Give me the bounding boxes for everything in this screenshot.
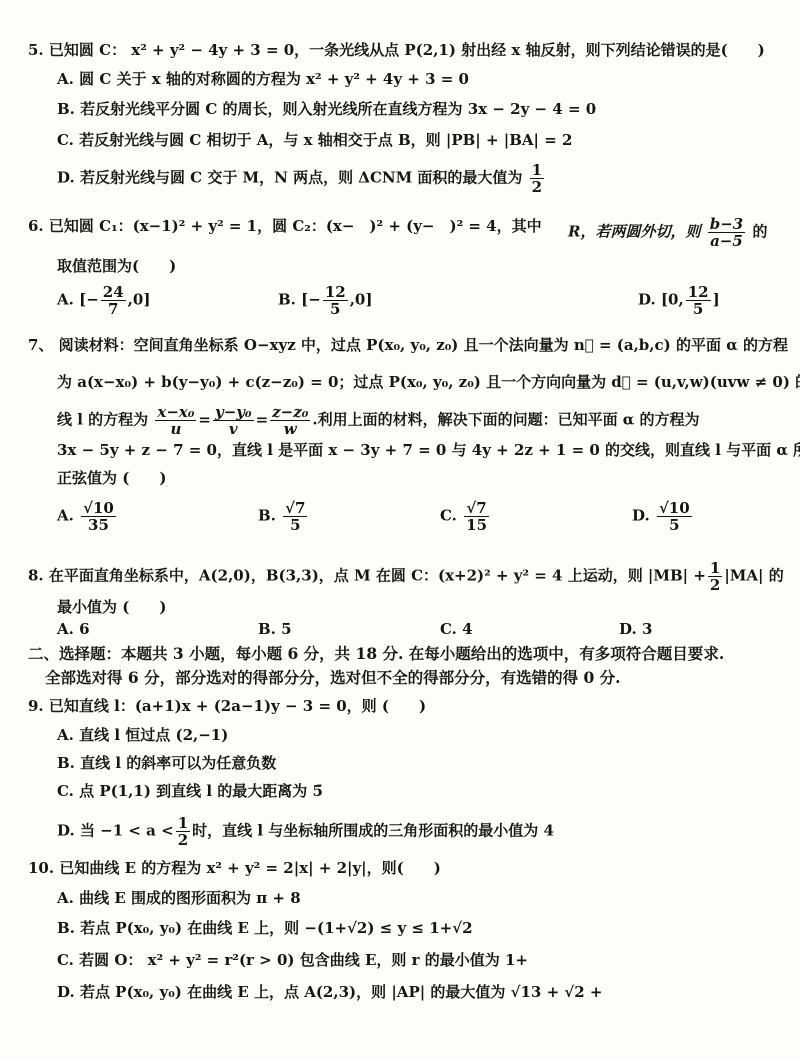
fraction: 12: [176, 815, 190, 848]
question-7-line3: 线 l 的方程为 x−x₀u=y−y₀v=z−z₀w.利用上面的材料，解决下面的…: [57, 404, 700, 437]
option-text: 若反射光线平分圆 C 的周长，则入射光线所在直线方程为 3x − 2y − 4 …: [80, 100, 596, 118]
fraction: y−y₀v: [213, 404, 254, 437]
question-text: 阅读材料：空间直角坐标系 O−xyz 中，过点 P(x₀, y₀, z₀) 且一…: [59, 336, 788, 354]
option-label: C.: [440, 620, 457, 638]
question-number: 5.: [28, 41, 44, 59]
section-2-heading: 二、选择题：本题共 3 小题，每小题 6 分，共 18 分. 在每小题给出的选项…: [28, 644, 724, 664]
denominator: 5: [283, 517, 307, 533]
question-8-stem-line2: 最小值为 ( ): [57, 597, 166, 617]
fraction: 125: [686, 284, 711, 317]
question-5-option-c: C. 若反射光线与圆 C 相切于 A，与 x 轴相交于点 B，则 |PB| + …: [57, 130, 572, 150]
question-9-option-b: B. 直线 l 的斜率可以为任意负数: [57, 753, 276, 773]
question-7-option-a: A. √1035: [57, 500, 118, 533]
question-7-line4: 3x − 5y + z − 7 = 0，直线 l 是平面 x − 3y + 7 …: [57, 440, 800, 460]
question-8-option-c: C. 4: [440, 620, 473, 638]
question-5-option-d: D. 若反射光线与圆 C 交于 M，N 两点，则 ΔCNM 面积的最大值为 1 …: [57, 162, 546, 195]
question-9-stem: 9. 已知直线 l：(a+1)x + (2a−1)y − 3 = 0，则 ( ): [28, 696, 426, 716]
question-10-option-a: A. 曲线 E 围成的图形面积为 π + 8: [57, 888, 301, 908]
question-number: 6.: [28, 217, 44, 235]
denominator: 5: [657, 517, 692, 533]
option-text: 点 P(1,1) 到直线 l 的最大距离为 5̄: [79, 782, 323, 800]
option-label: A.: [57, 291, 74, 309]
question-6-option-b: B. [−125,0]: [278, 284, 372, 317]
question-9-option-c: C. 点 P(1,1) 到直线 l 的最大距离为 5̄: [57, 781, 323, 801]
numerator: 12: [323, 284, 348, 301]
denominator: 5: [323, 301, 348, 317]
option-text: 若点 P(x₀, y₀) 在曲线 E 上，则 −(1+√2) ≤ y ≤ 1+√…: [80, 919, 472, 937]
option-label: D.: [57, 169, 75, 187]
question-10-option-d: D. 若点 P(x₀, y₀) 在曲线 E 上，点 A(2,3)，则 |AP| …: [57, 982, 602, 1002]
option-text: 直线 l 的斜率可以为任意负数: [80, 754, 276, 772]
option-label: B.: [258, 507, 276, 525]
option-text: 若圆 O： x² + y² = r²(r > 0) 包含曲线 E，则 r 的最小…: [79, 951, 528, 969]
denominator: 2: [176, 832, 190, 848]
numerator: 1: [530, 162, 544, 179]
option-label: A.: [57, 70, 74, 88]
numerator: 1: [176, 815, 190, 832]
question-7-option-c: C. √715: [440, 500, 491, 533]
question-number: 10.: [28, 859, 54, 877]
question-10-option-b: B. 若点 P(x₀, y₀) 在曲线 E 上，则 −(1+√2) ≤ y ≤ …: [57, 918, 473, 938]
option-label: D.: [619, 620, 637, 638]
option-label: B.: [57, 754, 75, 772]
question-text: 已知圆 C： x² + y² − 4y + 3 = 0，一条光线从点 P(2,1…: [49, 41, 765, 59]
denominator: 15: [464, 517, 489, 533]
denominator: 5: [686, 301, 711, 317]
question-text: .利用上面的材料，解决下面的问题：已知平面 α 的方程为: [312, 411, 699, 429]
denominator: 2: [530, 179, 544, 195]
question-10-option-c: C. 若圆 O： x² + y² = r²(r > 0) 包含曲线 E，则 r …: [57, 950, 528, 970]
numerator: 1: [708, 560, 722, 577]
fraction: 247: [101, 284, 126, 317]
question-6-option-a: A. [−247,0]: [57, 284, 150, 317]
option-label: A.: [57, 889, 74, 907]
question-7-option-b: B. √75: [258, 500, 309, 533]
option-label: C.: [57, 131, 74, 149]
denominator: 35: [81, 517, 116, 533]
option-label: D.: [632, 507, 650, 525]
fraction: 1 2: [530, 162, 544, 195]
question-text: 已知圆 C₁：(x−1)² + y² = 1，圆 C₂：(x− )² + (y−…: [49, 217, 542, 235]
denominator: a−5: [708, 233, 746, 249]
question-6-stem-line2: 取值范围为( ): [57, 256, 176, 276]
question-number: 7、: [28, 336, 53, 354]
denominator: u: [155, 421, 196, 437]
question-7-line5: 正弦值为 ( ): [57, 468, 166, 488]
fraction: x−x₀u: [155, 404, 196, 437]
option-label: B.: [278, 291, 296, 309]
option-text: 6: [79, 620, 89, 638]
question-5-stem: 5. 已知圆 C： x² + y² − 4y + 3 = 0，一条光线从点 P(…: [28, 40, 765, 60]
question-number: 8.: [28, 567, 44, 585]
question-text: 在平面直角坐标系中，A(2,0)，B(3,3)，点 M 在圆 C：(x+2)² …: [49, 567, 706, 585]
option-text: [0,: [661, 291, 684, 309]
question-text: 的: [752, 223, 767, 241]
question-7-line1: 7、 阅读材料：空间直角坐标系 O−xyz 中，过点 P(x₀, y₀, z₀)…: [28, 335, 788, 355]
question-8-stem: 8. 在平面直角坐标系中，A(2,0)，B(3,3)，点 M 在圆 C：(x+2…: [28, 560, 784, 593]
numerator: √10: [81, 500, 116, 517]
option-text: 时，直线 l 与坐标轴所围成的三角形面积的最小值为 4: [192, 822, 554, 840]
question-text: R，若两圆外切，则: [568, 223, 700, 241]
option-text: 若点 P(x₀, y₀) 在曲线 E 上，点 A(2,3)，则 |AP| 的最大…: [80, 983, 603, 1001]
fraction: √105: [657, 500, 692, 533]
option-text: ,0]: [128, 291, 151, 309]
option-label: B.: [57, 919, 75, 937]
fraction: z−z₀w: [270, 404, 310, 437]
option-text: 圆 C 关于 x 轴的对称圆的方程为 x² + y² + 4y + 3 = 0: [79, 70, 469, 88]
option-label: D.: [638, 291, 656, 309]
question-text: 已知曲线 E 的方程为 x² + y² = 2|x| + 2|y|，则( ): [59, 859, 441, 877]
option-label: B.: [258, 620, 276, 638]
option-text: 4: [462, 620, 472, 638]
numerator: 24: [101, 284, 126, 301]
option-text: 当 −1 < a <: [80, 822, 174, 840]
question-10-stem: 10. 已知曲线 E 的方程为 x² + y² = 2|x| + 2|y|，则(…: [28, 858, 441, 878]
denominator: 7: [101, 301, 126, 317]
numerator: √7: [464, 500, 489, 517]
option-text: 曲线 E 围成的图形面积为 π + 8: [79, 889, 301, 907]
fraction: 12: [708, 560, 722, 593]
option-text: 5: [281, 620, 291, 638]
question-8-option-d: D. 3: [619, 620, 652, 638]
numerator: x−x₀: [155, 404, 196, 421]
option-label: A.: [57, 507, 74, 525]
option-text: ]: [713, 291, 720, 309]
option-label: C.: [57, 951, 74, 969]
question-8-option-a: A. 6: [57, 620, 90, 638]
numerator: b−3: [708, 216, 746, 233]
option-label: C.: [440, 507, 457, 525]
option-text: [−: [79, 291, 99, 309]
option-text: 若反射光线与圆 C 交于 M，N 两点，则 ΔCNM 面积的最大值为: [80, 169, 522, 187]
section-2-instructions: 全部选对得 6 分，部分选对的得部分分，选对但不全的得部分分，有选错的得 0 分…: [45, 668, 621, 688]
numerator: √10: [657, 500, 692, 517]
option-text: ,0]: [350, 291, 373, 309]
option-label: A.: [57, 620, 74, 638]
fraction: √75: [283, 500, 307, 533]
question-6-stem: 6. 已知圆 C₁：(x−1)² + y² = 1，圆 C₂：(x− )² + …: [28, 216, 542, 236]
option-text: 直线 l 恒过点 (2,−1): [79, 726, 228, 744]
question-text: |MA| 的: [724, 567, 783, 585]
question-7-line2: 为 a(x−x₀) + b(y−y₀) + c(z−z₀) = 0；过点 P(x…: [57, 372, 800, 392]
question-7-option-d: D. √105: [632, 500, 694, 533]
question-text: 已知直线 l：(a+1)x + (2a−1)y − 3 = 0，则 ( ): [49, 697, 426, 715]
option-text: 3: [642, 620, 652, 638]
question-6-option-d: D. [0,125]: [638, 284, 720, 317]
question-9-option-a: A. 直线 l 恒过点 (2,−1): [57, 725, 228, 745]
question-6-stem-right: R，若两圆外切，则 b−3 a−5 的: [568, 216, 767, 249]
option-text: 若反射光线与圆 C 相切于 A，与 x 轴相交于点 B，则 |PB| + |BA…: [79, 131, 572, 149]
option-label: D.: [57, 983, 75, 1001]
numerator: 12: [686, 284, 711, 301]
option-label: C.: [57, 782, 74, 800]
denominator: 2: [708, 577, 722, 593]
option-label: B.: [57, 100, 75, 118]
fraction: √715: [464, 500, 489, 533]
option-label: D.: [57, 822, 75, 840]
question-8-option-b: B. 5: [258, 620, 292, 638]
option-label: A.: [57, 726, 74, 744]
denominator: v: [213, 421, 254, 437]
option-text: [−: [301, 291, 321, 309]
denominator: w: [270, 421, 310, 437]
question-5-option-b: B. 若反射光线平分圆 C 的周长，则入射光线所在直线方程为 3x − 2y −…: [57, 99, 596, 119]
fraction: 125: [323, 284, 348, 317]
question-5-option-a: A. 圆 C 关于 x 轴的对称圆的方程为 x² + y² + 4y + 3 =…: [57, 69, 469, 89]
numerator: z−z₀: [270, 404, 310, 421]
numerator: y−y₀: [213, 404, 254, 421]
fraction: √1035: [81, 500, 116, 533]
question-9-option-d: D. 当 −1 < a <12时，直线 l 与坐标轴所围成的三角形面积的最小值为…: [57, 815, 554, 848]
question-text: 线 l 的方程为: [57, 411, 148, 429]
question-number: 9.: [28, 697, 44, 715]
numerator: √7: [283, 500, 307, 517]
fraction: b−3 a−5: [708, 216, 746, 249]
